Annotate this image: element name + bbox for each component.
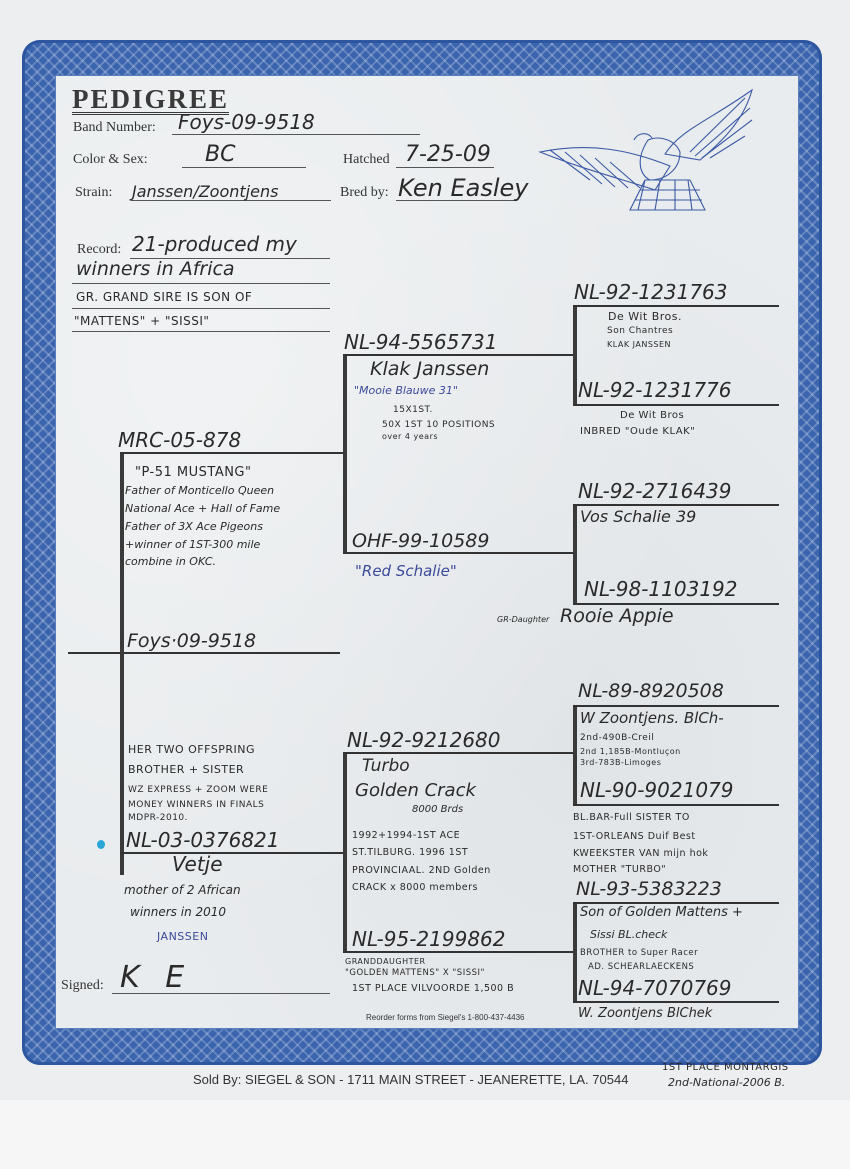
sire-note: +winner of 1ST-300 mile [125, 538, 260, 551]
ggp-line-5 [573, 705, 779, 707]
strain-value: Janssen/Zoontjens [132, 182, 278, 201]
sire-dam-line [343, 552, 573, 554]
bred-by-label: Bred by: [340, 185, 389, 201]
dam-note-below: winners in 2010 [130, 905, 226, 919]
dam-dam-band: NL-95-2199862 [352, 927, 506, 951]
ggp-band: NL-92-1231776 [578, 378, 732, 402]
ggp-note: 3rd-783B-Limoges [580, 758, 661, 767]
sire-note: Father of Monticello Queen [125, 484, 274, 497]
dam-sire-line [343, 752, 573, 754]
dam-note: MDPR-2010. [128, 813, 188, 823]
dam-dam-note: "GOLDEN MATTENS" X "SISSI" [345, 968, 485, 978]
ggp-band: NL-92-1231763 [574, 280, 728, 304]
dam-note: BROTHER + SISTER [128, 763, 244, 776]
sire-band: MRC-05-878 [118, 428, 241, 452]
record-line-4: "MATTENS" + "SISSI" [74, 314, 209, 328]
dam-sire-note: ST.TILBURG. 1996 1ST [352, 847, 468, 858]
sire-sire-note: over 4 years [382, 432, 438, 441]
sire-sire-line [343, 354, 573, 356]
dam-name: Vetje [172, 852, 223, 876]
sire-sire-band: NL-94-5565731 [344, 330, 498, 354]
ggp-bracket-1 [573, 305, 577, 405]
ggp-note: KLAK JANSSEN [607, 340, 671, 349]
signature: K E [120, 960, 192, 995]
margin-note: 2nd-National-2006 B. [668, 1076, 785, 1089]
margin-note: 1ST PLACE MONTARGIS [662, 1062, 789, 1073]
hatched-label: Hatched [343, 152, 390, 168]
sold-by-text: Sold By: SIEGEL & SON - 1711 MAIN STREET… [193, 1072, 628, 1087]
ggp-line-1 [573, 305, 779, 307]
sire-sire-note: 15X1ST. [393, 405, 433, 415]
subject-band: Foys·09-9518 [127, 630, 256, 652]
strain-label: Strain: [75, 185, 112, 201]
ggp-band: NL-92-2716439 [578, 479, 732, 503]
dam-note: WZ EXPRESS + ZOOM WERE [128, 785, 268, 795]
ggp-bracket-3 [573, 705, 577, 805]
ggp-note: W Zoontjens. BlCh- [580, 709, 724, 727]
ggp-bracket-4 [573, 902, 577, 1002]
bred-by-value: Ken Easley [398, 174, 529, 202]
band-number-underline [172, 134, 420, 135]
color-sex-label: Color & Sex: [73, 152, 148, 168]
reorder-text: Reorder forms from Siegel's 1-800-437-44… [366, 1013, 525, 1022]
record-underline-2 [72, 283, 330, 284]
record-label: Record: [77, 242, 121, 258]
sire-sire-nickname: "Mooie Blauwe 31" [354, 384, 458, 397]
dam-note: HER TWO OFFSPRING [128, 743, 255, 756]
ggp-line-3 [573, 504, 779, 506]
dam-sire-band: NL-92-9212680 [347, 728, 501, 752]
dam-sire-title: Golden Crack [355, 780, 476, 801]
dam-note: MONEY WINNERS IN FINALS [128, 800, 264, 810]
subject-bracket [120, 452, 124, 875]
dove-illustration-icon [530, 80, 770, 220]
ggp-note: Sissi BL.check [590, 928, 667, 941]
sire-dam-nickname: "Red Schalie" [355, 562, 457, 580]
ggp-line-6 [573, 804, 779, 806]
hatched-value: 7-25-09 [405, 142, 491, 167]
ggp-band: NL-98-1103192 [584, 577, 738, 601]
record-underline-3 [72, 308, 330, 309]
ggp-line-2 [573, 404, 779, 406]
dam-sire-note: CRACK x 8000 members [352, 882, 478, 893]
color-sex-value: BC [205, 142, 235, 167]
dam-line [120, 852, 344, 854]
ggp-band: NL-90-9021079 [580, 778, 734, 802]
ggp-line-8 [573, 1001, 779, 1003]
ggp-note: W. Zoontjens BlChek [578, 1006, 712, 1021]
record-line-2: winners in Africa [76, 258, 235, 280]
subject-line [68, 652, 340, 654]
record-underline-4 [72, 331, 330, 332]
band-number-value: Foys-09-9518 [178, 110, 315, 134]
ggp-band: NL-93-5383223 [576, 878, 722, 900]
band-number-label: Band Number: [73, 120, 156, 136]
hatched-underline [396, 167, 494, 168]
sire-sire-note: 50X 1ST 10 POSITIONS [382, 420, 495, 430]
ggp-note: 2nd 1,185B-Montluçon [580, 747, 681, 756]
ggp-note: 2nd-490B-Creil [580, 733, 654, 743]
sire-note: National Ace + Hall of Fame [125, 502, 280, 515]
dam-dam-line [343, 951, 573, 953]
ggp-note: KWEEKSTER VAN mijn hok [573, 848, 708, 859]
sire-note: Father of 3X Ace Pigeons [125, 520, 263, 533]
ggp-note: De Wit Bros [620, 410, 684, 421]
color-sex-underline [182, 167, 306, 168]
sire-sire-name: Klak Janssen [370, 358, 489, 380]
ggp-note: INBRED "Oude KLAK" [580, 426, 695, 437]
dam-sire-note: PROVINCIAAL. 2ND Golden [352, 865, 491, 876]
sire-bracket [343, 354, 347, 554]
dam-note-below: mother of 2 African [124, 883, 241, 897]
ggp-note: AD. SCHEARLAECKENS [588, 962, 694, 972]
ggp-note: De Wit Bros. [608, 310, 682, 323]
ggp-bracket-2 [573, 504, 577, 604]
ggp-prefix: GR-Daughter [497, 615, 549, 624]
ggp-line-7 [573, 902, 779, 904]
signed-label: Signed: [61, 978, 104, 994]
dam-strain-note: JANSSEN [157, 930, 208, 943]
sire-note: combine in OKC. [125, 555, 216, 568]
ggp-note: Rooie Appie [560, 605, 674, 627]
ggp-note: Son Chantres [607, 326, 673, 336]
dam-dam-note: GRANDDAUGHTER [345, 957, 426, 966]
ggp-note: BROTHER to Super Racer [580, 948, 698, 958]
ink-dot [97, 840, 105, 849]
ggp-note: 1ST-ORLEANS Duif Best [573, 831, 696, 842]
dam-sire-note: 1992+1994-1ST ACE [352, 830, 460, 841]
ggp-band: NL-94-7070769 [578, 976, 732, 1000]
dam-sire-name: Turbo [362, 756, 410, 776]
sire-line [120, 452, 344, 454]
ggp-note: Son of Golden Mattens + [580, 905, 743, 920]
record-line-1: 21-produced my [132, 232, 297, 256]
record-line-3: GR. GRAND SIRE IS SON OF [76, 290, 252, 304]
ggp-note: MOTHER "TURBO" [573, 864, 666, 875]
dam-sire-subtitle: 8000 Brds [412, 804, 463, 815]
dam-bracket [343, 752, 347, 952]
ggp-note: Vos Schalie 39 [580, 507, 696, 526]
ggp-note: BL.BAR-Full SISTER TO [573, 812, 690, 823]
ggp-band: NL-89-8920508 [578, 680, 724, 702]
dam-band: NL-03-0376821 [126, 828, 280, 852]
sire-dam-band: OHF-99-10589 [352, 530, 489, 552]
sire-note: "P-51 MUSTANG" [135, 465, 251, 480]
dam-dam-note: 1ST PLACE VILVOORDE 1,500 B [352, 983, 514, 994]
